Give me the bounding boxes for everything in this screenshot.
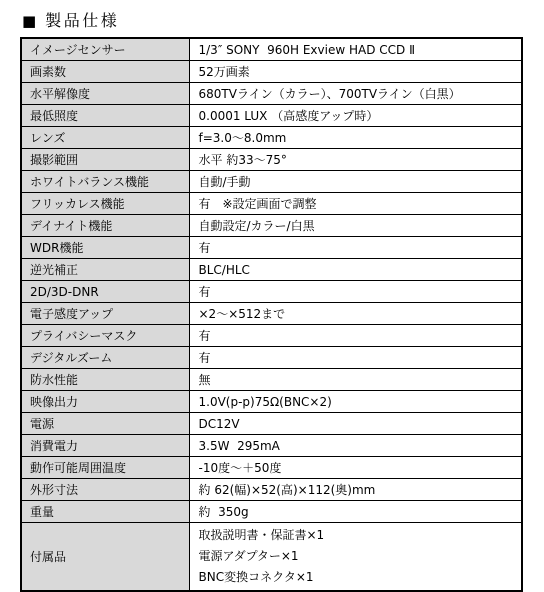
spec-value: 約 350g	[189, 501, 522, 523]
spec-value: f=3.0～8.0mm	[189, 127, 522, 149]
table-row: 付属品 取扱説明書・保証書×1電源アダプター×1BNC変換コネクタ×1	[21, 523, 522, 592]
spec-value: 自動設定/カラー/白黒	[189, 215, 522, 237]
spec-value: 無	[189, 369, 522, 391]
table-row: 消費電力 3.5W 295mA	[21, 435, 522, 457]
spec-value: -10度～＋50度	[189, 457, 522, 479]
page-container: ■ 製品仕様 イメージセンサー 1/3″ SONY 960H Exview HA…	[0, 0, 544, 592]
table-row: 逆光補正 BLC/HLC	[21, 259, 522, 281]
spec-label: 動作可能周囲温度	[21, 457, 189, 479]
spec-value: 52万画素	[189, 61, 522, 83]
spec-label: デイナイト機能	[21, 215, 189, 237]
spec-value: 0.0001 LUX （高感度アップ時）	[189, 105, 522, 127]
spec-label: 2D/3D-DNR	[21, 281, 189, 303]
spec-value: 水平 約33～75°	[189, 149, 522, 171]
table-row: 2D/3D-DNR 有	[21, 281, 522, 303]
spec-value: 1/3″ SONY 960H Exview HAD CCD Ⅱ	[189, 38, 522, 61]
spec-label: 電子感度アップ	[21, 303, 189, 325]
table-row: 最低照度 0.0001 LUX （高感度アップ時）	[21, 105, 522, 127]
spec-value: 3.5W 295mA	[189, 435, 522, 457]
spec-label: 映像出力	[21, 391, 189, 413]
table-row: 電源 DC12V	[21, 413, 522, 435]
table-row: 防水性能 無	[21, 369, 522, 391]
page-title-text: 製品仕様	[45, 10, 119, 32]
table-row: プライバシーマスク 有	[21, 325, 522, 347]
spec-label: 防水性能	[21, 369, 189, 391]
spec-label: 電源	[21, 413, 189, 435]
spec-label: プライバシーマスク	[21, 325, 189, 347]
spec-value-line: BNC変換コネクタ×1	[199, 567, 518, 588]
black-square-icon: ■	[22, 10, 36, 32]
spec-value: DC12V	[189, 413, 522, 435]
table-row: レンズ f=3.0～8.0mm	[21, 127, 522, 149]
spec-label: 画素数	[21, 61, 189, 83]
table-row: 電子感度アップ ×2～×512まで	[21, 303, 522, 325]
spec-label: ホワイトバランス機能	[21, 171, 189, 193]
table-row: イメージセンサー 1/3″ SONY 960H Exview HAD CCD Ⅱ	[21, 38, 522, 61]
table-row: デジタルズーム 有	[21, 347, 522, 369]
table-row: 撮影範囲 水平 約33～75°	[21, 149, 522, 171]
table-row: 動作可能周囲温度 -10度～＋50度	[21, 457, 522, 479]
table-row: 外形寸法 約 62(幅)×52(高)×112(奥)mm	[21, 479, 522, 501]
spec-label: フリッカレス機能	[21, 193, 189, 215]
spec-value: 取扱説明書・保証書×1電源アダプター×1BNC変換コネクタ×1	[189, 523, 522, 592]
spec-label: 最低照度	[21, 105, 189, 127]
spec-label: レンズ	[21, 127, 189, 149]
spec-value: 有	[189, 281, 522, 303]
spec-label: 外形寸法	[21, 479, 189, 501]
spec-label: 撮影範囲	[21, 149, 189, 171]
spec-label: WDR機能	[21, 237, 189, 259]
spec-value: 有	[189, 325, 522, 347]
spec-label: イメージセンサー	[21, 38, 189, 61]
spec-value: 680TVライン（カラー）、700TVライン（白黒）	[189, 83, 522, 105]
spec-value: BLC/HLC	[189, 259, 522, 281]
spec-table: イメージセンサー 1/3″ SONY 960H Exview HAD CCD Ⅱ…	[20, 37, 523, 592]
table-row: デイナイト機能 自動設定/カラー/白黒	[21, 215, 522, 237]
spec-label: 付属品	[21, 523, 189, 592]
spec-value: 約 62(幅)×52(高)×112(奥)mm	[189, 479, 522, 501]
spec-label: 消費電力	[21, 435, 189, 457]
table-row: 水平解像度 680TVライン（カラー）、700TVライン（白黒）	[21, 83, 522, 105]
spec-table-body: イメージセンサー 1/3″ SONY 960H Exview HAD CCD Ⅱ…	[21, 38, 522, 591]
spec-value: 有	[189, 347, 522, 369]
spec-value: 自動/手動	[189, 171, 522, 193]
spec-value: ×2～×512まで	[189, 303, 522, 325]
table-row: ホワイトバランス機能 自動/手動	[21, 171, 522, 193]
spec-value: 有	[189, 237, 522, 259]
table-row: WDR機能 有	[21, 237, 522, 259]
spec-value: 1.0V(p-p)75Ω(BNC×2)	[189, 391, 522, 413]
spec-value-line: 取扱説明書・保証書×1	[199, 525, 518, 546]
table-row: 映像出力 1.0V(p-p)75Ω(BNC×2)	[21, 391, 522, 413]
spec-value-line: 電源アダプター×1	[199, 546, 518, 567]
spec-label: 逆光補正	[21, 259, 189, 281]
spec-label: 水平解像度	[21, 83, 189, 105]
spec-label: 重量	[21, 501, 189, 523]
page-title: ■ 製品仕様	[22, 10, 544, 32]
spec-value: 有 ※設定画面で調整	[189, 193, 522, 215]
table-row: 画素数 52万画素	[21, 61, 522, 83]
table-row: 重量 約 350g	[21, 501, 522, 523]
table-row: フリッカレス機能 有 ※設定画面で調整	[21, 193, 522, 215]
spec-label: デジタルズーム	[21, 347, 189, 369]
